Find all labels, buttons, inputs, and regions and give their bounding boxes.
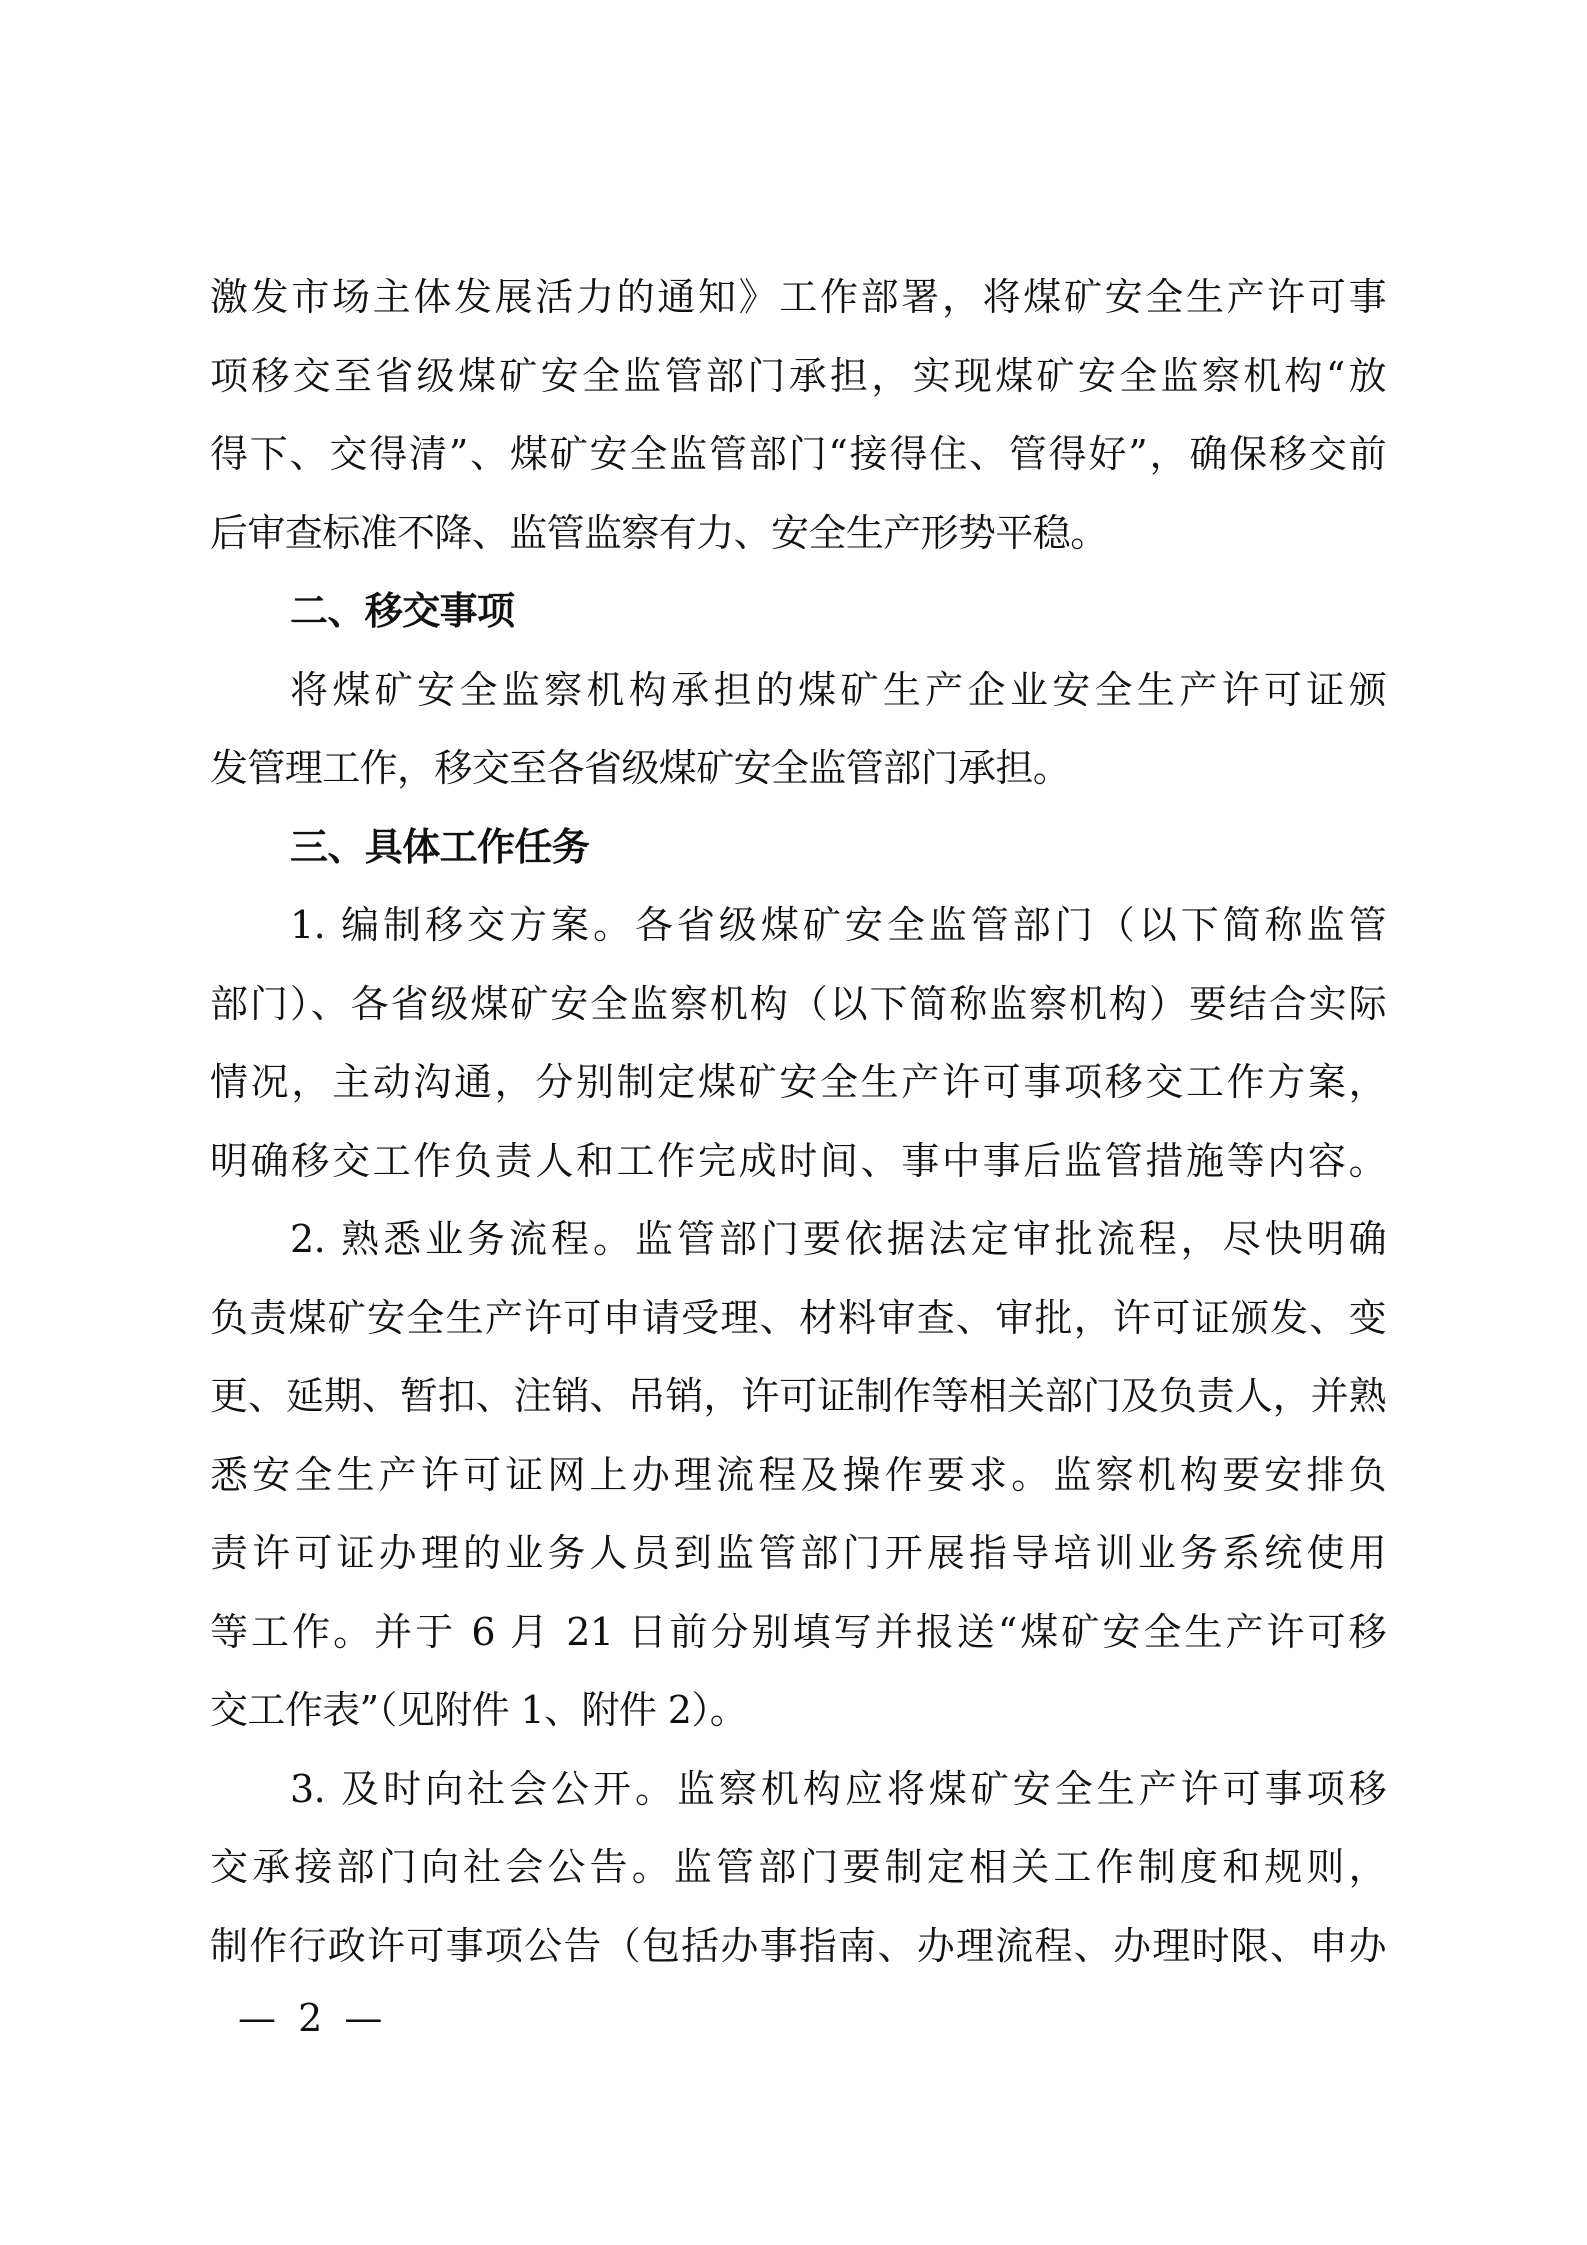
page-number: — 2 — bbox=[238, 1994, 382, 2042]
body-line: 部门）、各省级煤矿安全监察机构（以下简称监察机构）要结合实际 bbox=[210, 965, 1386, 1044]
body-line: 2. 熟悉业务流程。监管部门要依据法定审批流程，尽快明确 bbox=[210, 1200, 1386, 1279]
body-line: 制作行政许可事项公告（包括办事指南、办理流程、办理时限、申办 bbox=[210, 1907, 1386, 1986]
body-line: 项移交至省级煤矿安全监管部门承担，实现煤矿安全监察机构“放 bbox=[210, 337, 1386, 416]
section-heading-2: 二、移交事项 bbox=[210, 572, 1386, 651]
body-line: 得下、交得清”、煤矿安全监管部门“接得住、管得好”，确保移交前 bbox=[210, 415, 1386, 494]
body-line: 3. 及时向社会公开。监察机构应将煤矿安全生产许可事项移 bbox=[210, 1750, 1386, 1829]
body-line: 后审查标准不降、监管监察有力、安全生产形势平稳。 bbox=[210, 494, 1386, 573]
body-line: 悉安全生产许可证网上办理流程及操作要求。监察机构要安排负 bbox=[210, 1436, 1386, 1515]
body-line: 激发市场主体发展活力的通知》工作部署，将煤矿安全生产许可事 bbox=[210, 258, 1386, 337]
body-line: 等工作。并于 6 月 21 日前分别填写并报送“煤矿安全生产许可移 bbox=[210, 1593, 1386, 1672]
body-line: 情况，主动沟通，分别制定煤矿安全生产许可事项移交工作方案， bbox=[210, 1043, 1386, 1122]
body-line: 责许可证办理的业务人员到监管部门开展指导培训业务系统使用 bbox=[210, 1514, 1386, 1593]
body-line: 交承接部门向社会公告。监管部门要制定相关工作制度和规则， bbox=[210, 1828, 1386, 1907]
body-line: 将煤矿安全监察机构承担的煤矿生产企业安全生产许可证颁 bbox=[210, 651, 1386, 730]
body-line: 1. 编制移交方案。各省级煤矿安全监管部门（以下简称监管 bbox=[210, 886, 1386, 965]
body-line: 更、延期、暂扣、注销、吊销，许可证制作等相关部门及负责人，并熟 bbox=[210, 1357, 1386, 1436]
body-line: 发管理工作，移交至各省级煤矿安全监管部门承担。 bbox=[210, 729, 1386, 808]
body-line: 交工作表”（见附件 1、附件 2）。 bbox=[210, 1671, 1386, 1750]
document-body: 激发市场主体发展活力的通知》工作部署，将煤矿安全生产许可事 项移交至省级煤矿安全… bbox=[210, 258, 1386, 1985]
document-page: 激发市场主体发展活力的通知》工作部署，将煤矿安全生产许可事 项移交至省级煤矿安全… bbox=[0, 0, 1587, 2245]
body-line: 明确移交工作负责人和工作完成时间、事中事后监管措施等内容。 bbox=[210, 1122, 1386, 1201]
section-heading-3: 三、具体工作任务 bbox=[210, 808, 1386, 887]
body-line: 负责煤矿安全生产许可申请受理、材料审查、审批，许可证颁发、变 bbox=[210, 1279, 1386, 1358]
